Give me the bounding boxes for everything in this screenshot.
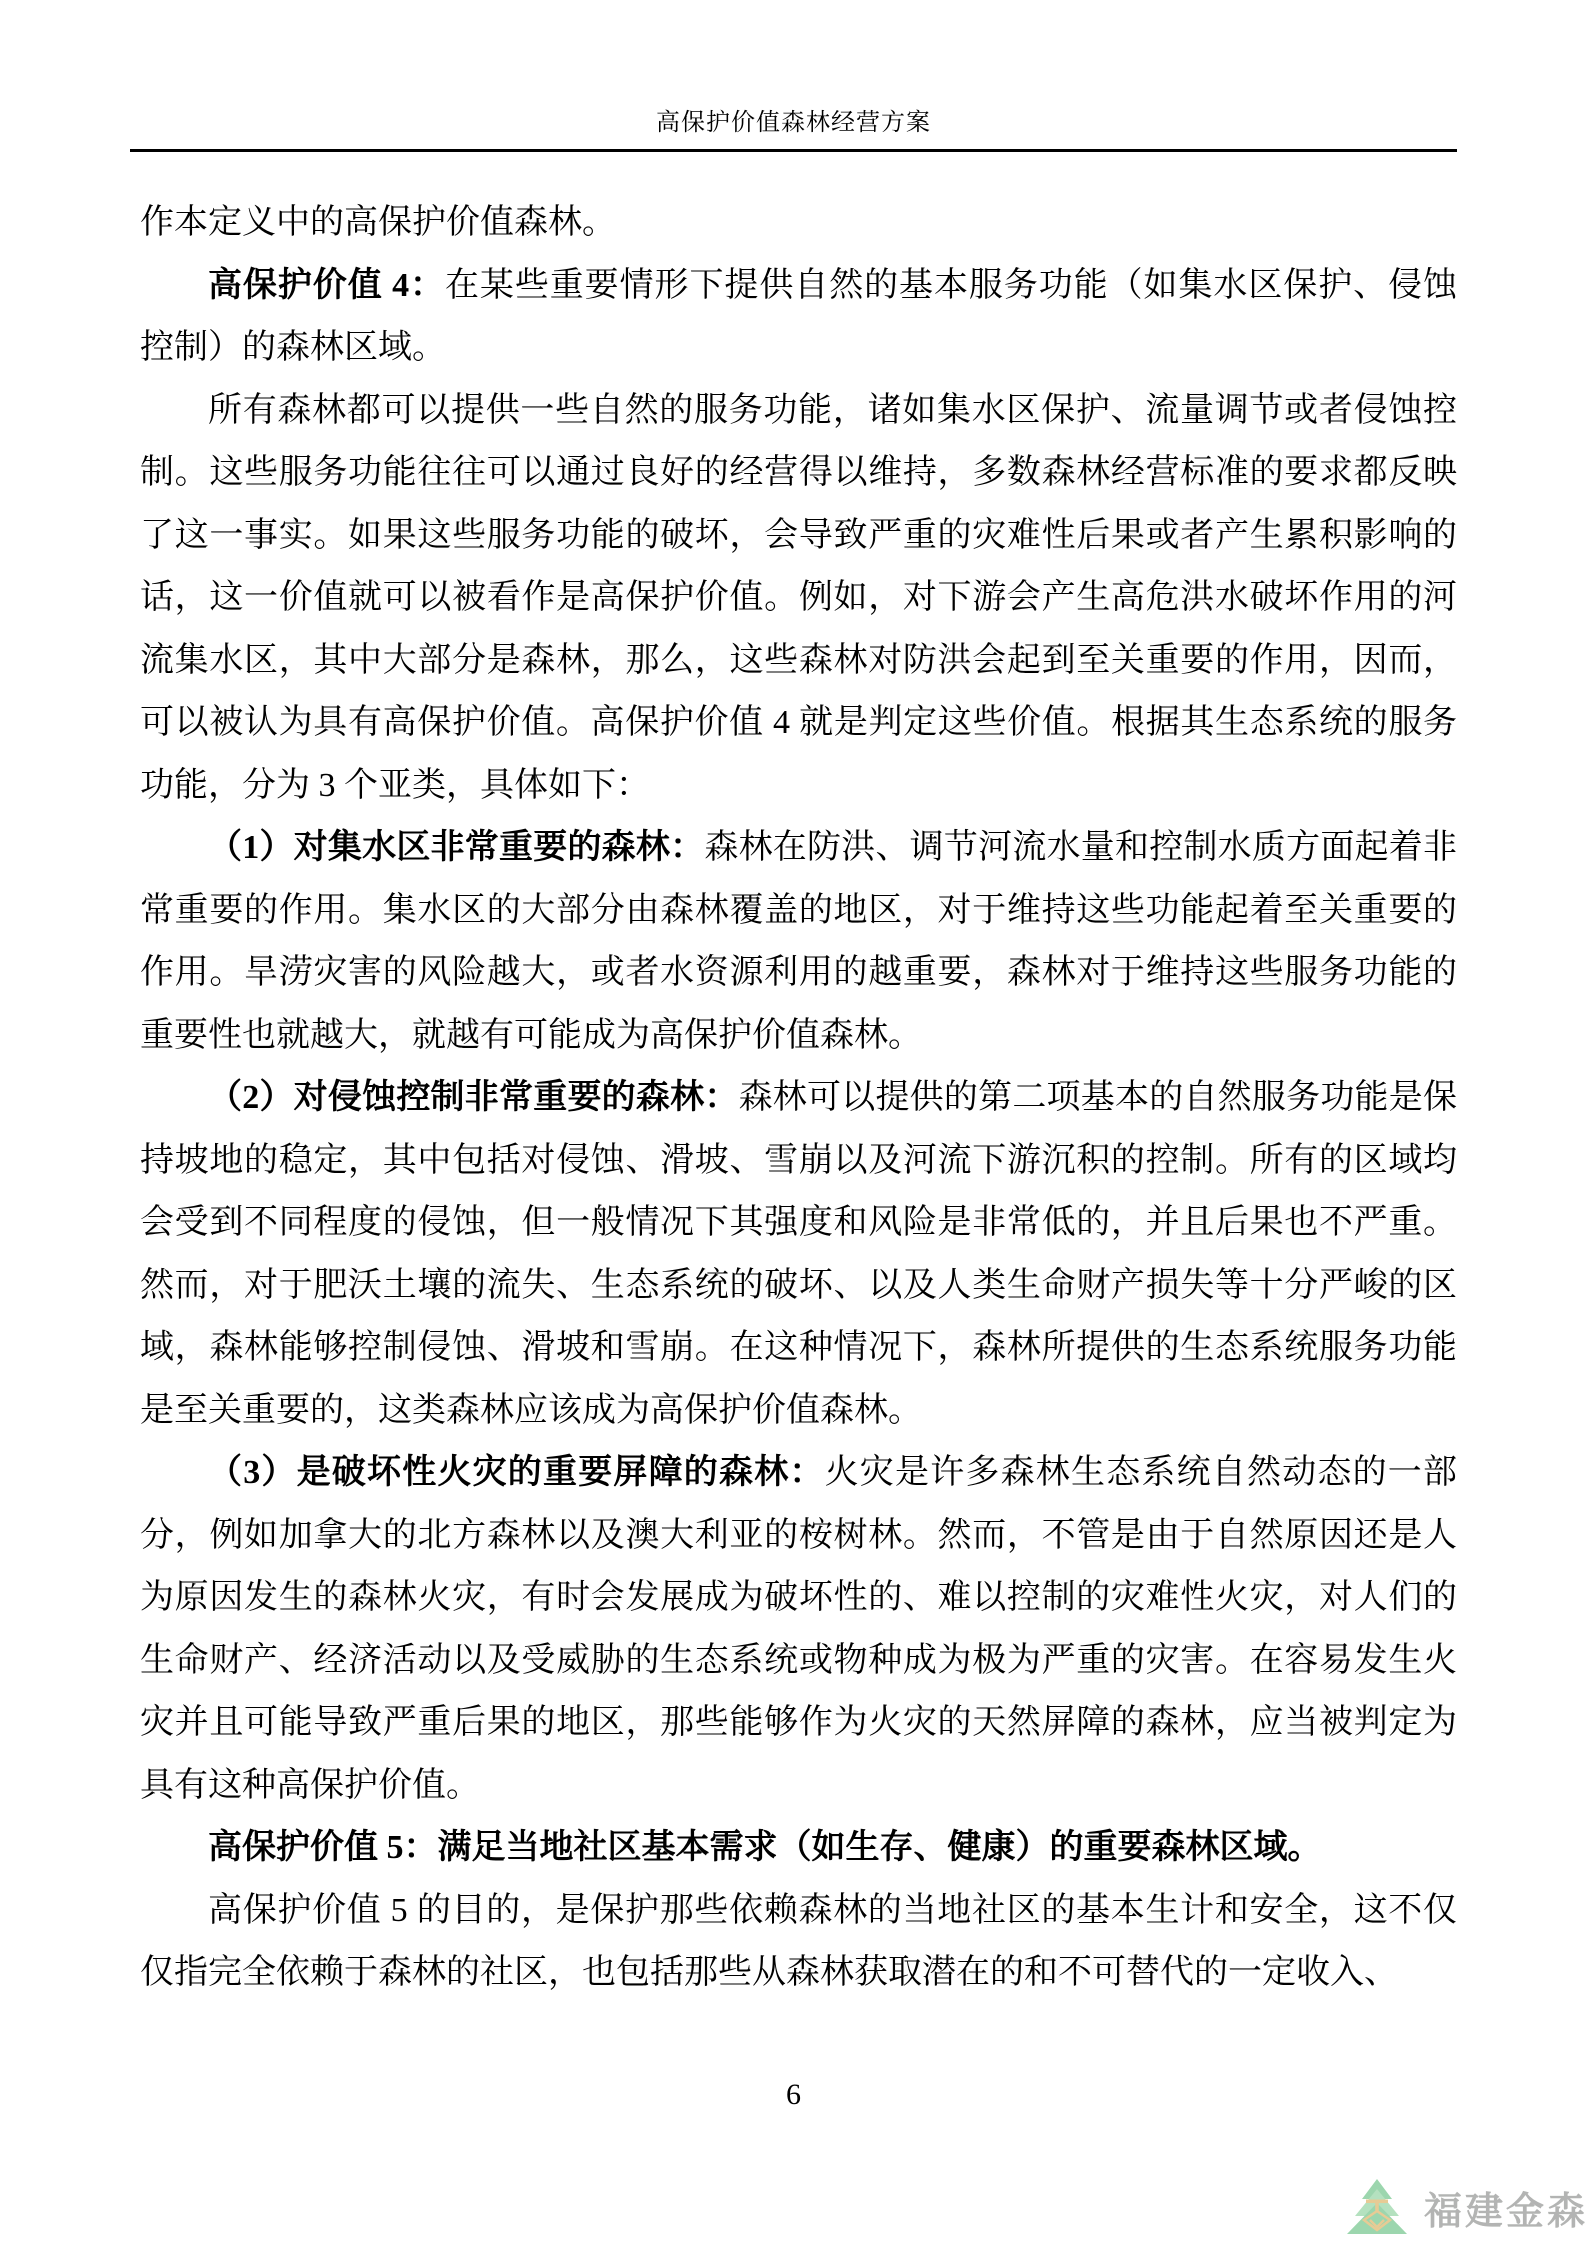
bold-text-run: 高保护价值 5：满足当地社区基本需求（如生存、健康）的重要森林区域。 [208, 1829, 1322, 1866]
logo-text: 福建金森 [1424, 2180, 1587, 2235]
text-run: 作本定义中的高保护价值森林。 [140, 204, 616, 241]
company-logo: 福建金森 [1344, 2178, 1587, 2236]
bold-text-run: （2）对侵蚀控制非常重要的森林： [208, 1079, 739, 1116]
text-run: 高保护价值 5 的目的，是保护那些依赖森林的当地社区的基本生计和安全，这不仅仅指… [140, 1892, 1457, 1992]
bold-text-run: （3）是破坏性火灾的重要屏障的森林： [208, 1454, 825, 1491]
paragraph: 高保护价值 4：在某些重要情形下提供自然的基本服务功能（如集水区保护、侵蚀控制）… [140, 255, 1457, 380]
paragraph: 高保护价值 5 的目的，是保护那些依赖森林的当地社区的基本生计和安全，这不仅仅指… [140, 1880, 1457, 2005]
page-number: 6 [0, 2078, 1587, 2112]
text-run: 所有森林都可以提供一些自然的服务功能，诸如集水区保护、流量调节或者侵蚀控制。这些… [140, 392, 1457, 804]
page-title: 高保护价值森林经营方案 [130, 110, 1457, 136]
paragraph: 高保护价值 5：满足当地社区基本需求（如生存、健康）的重要森林区域。 [140, 1817, 1457, 1880]
paragraph: （2）对侵蚀控制非常重要的森林：森林可以提供的第二项基本的自然服务功能是保持坡地… [140, 1067, 1457, 1442]
paragraph: 所有森林都可以提供一些自然的服务功能，诸如集水区保护、流量调节或者侵蚀控制。这些… [140, 380, 1457, 818]
paragraph: （3）是破坏性火灾的重要屏障的森林：火灾是许多森林生态系统自然动态的一部分，例如… [140, 1442, 1457, 1817]
paragraph: 作本定义中的高保护价值森林。 [140, 192, 1457, 255]
document-page: 高保护价值森林经营方案 作本定义中的高保护价值森林。高保护价值 4：在某些重要情… [0, 0, 1587, 2245]
paragraph: （1）对集水区非常重要的森林：森林在防洪、调节河流水量和控制水质方面起着非常重要… [140, 817, 1457, 1067]
tree-icon [1344, 2178, 1410, 2236]
page-header: 高保护价值森林经营方案 [130, 110, 1457, 152]
text-run: 火灾是许多森林生态系统自然动态的一部分，例如加拿大的北方森林以及澳大利亚的桉树林… [140, 1454, 1457, 1804]
text-run: 森林可以提供的第二项基本的自然服务功能是保持坡地的稳定，其中包括对侵蚀、滑坡、雪… [140, 1079, 1457, 1429]
bold-text-run: 高保护价值 4： [208, 267, 445, 304]
document-body: 作本定义中的高保护价值森林。高保护价值 4：在某些重要情形下提供自然的基本服务功… [140, 192, 1457, 2005]
bold-text-run: （1）对集水区非常重要的森林： [208, 829, 704, 866]
